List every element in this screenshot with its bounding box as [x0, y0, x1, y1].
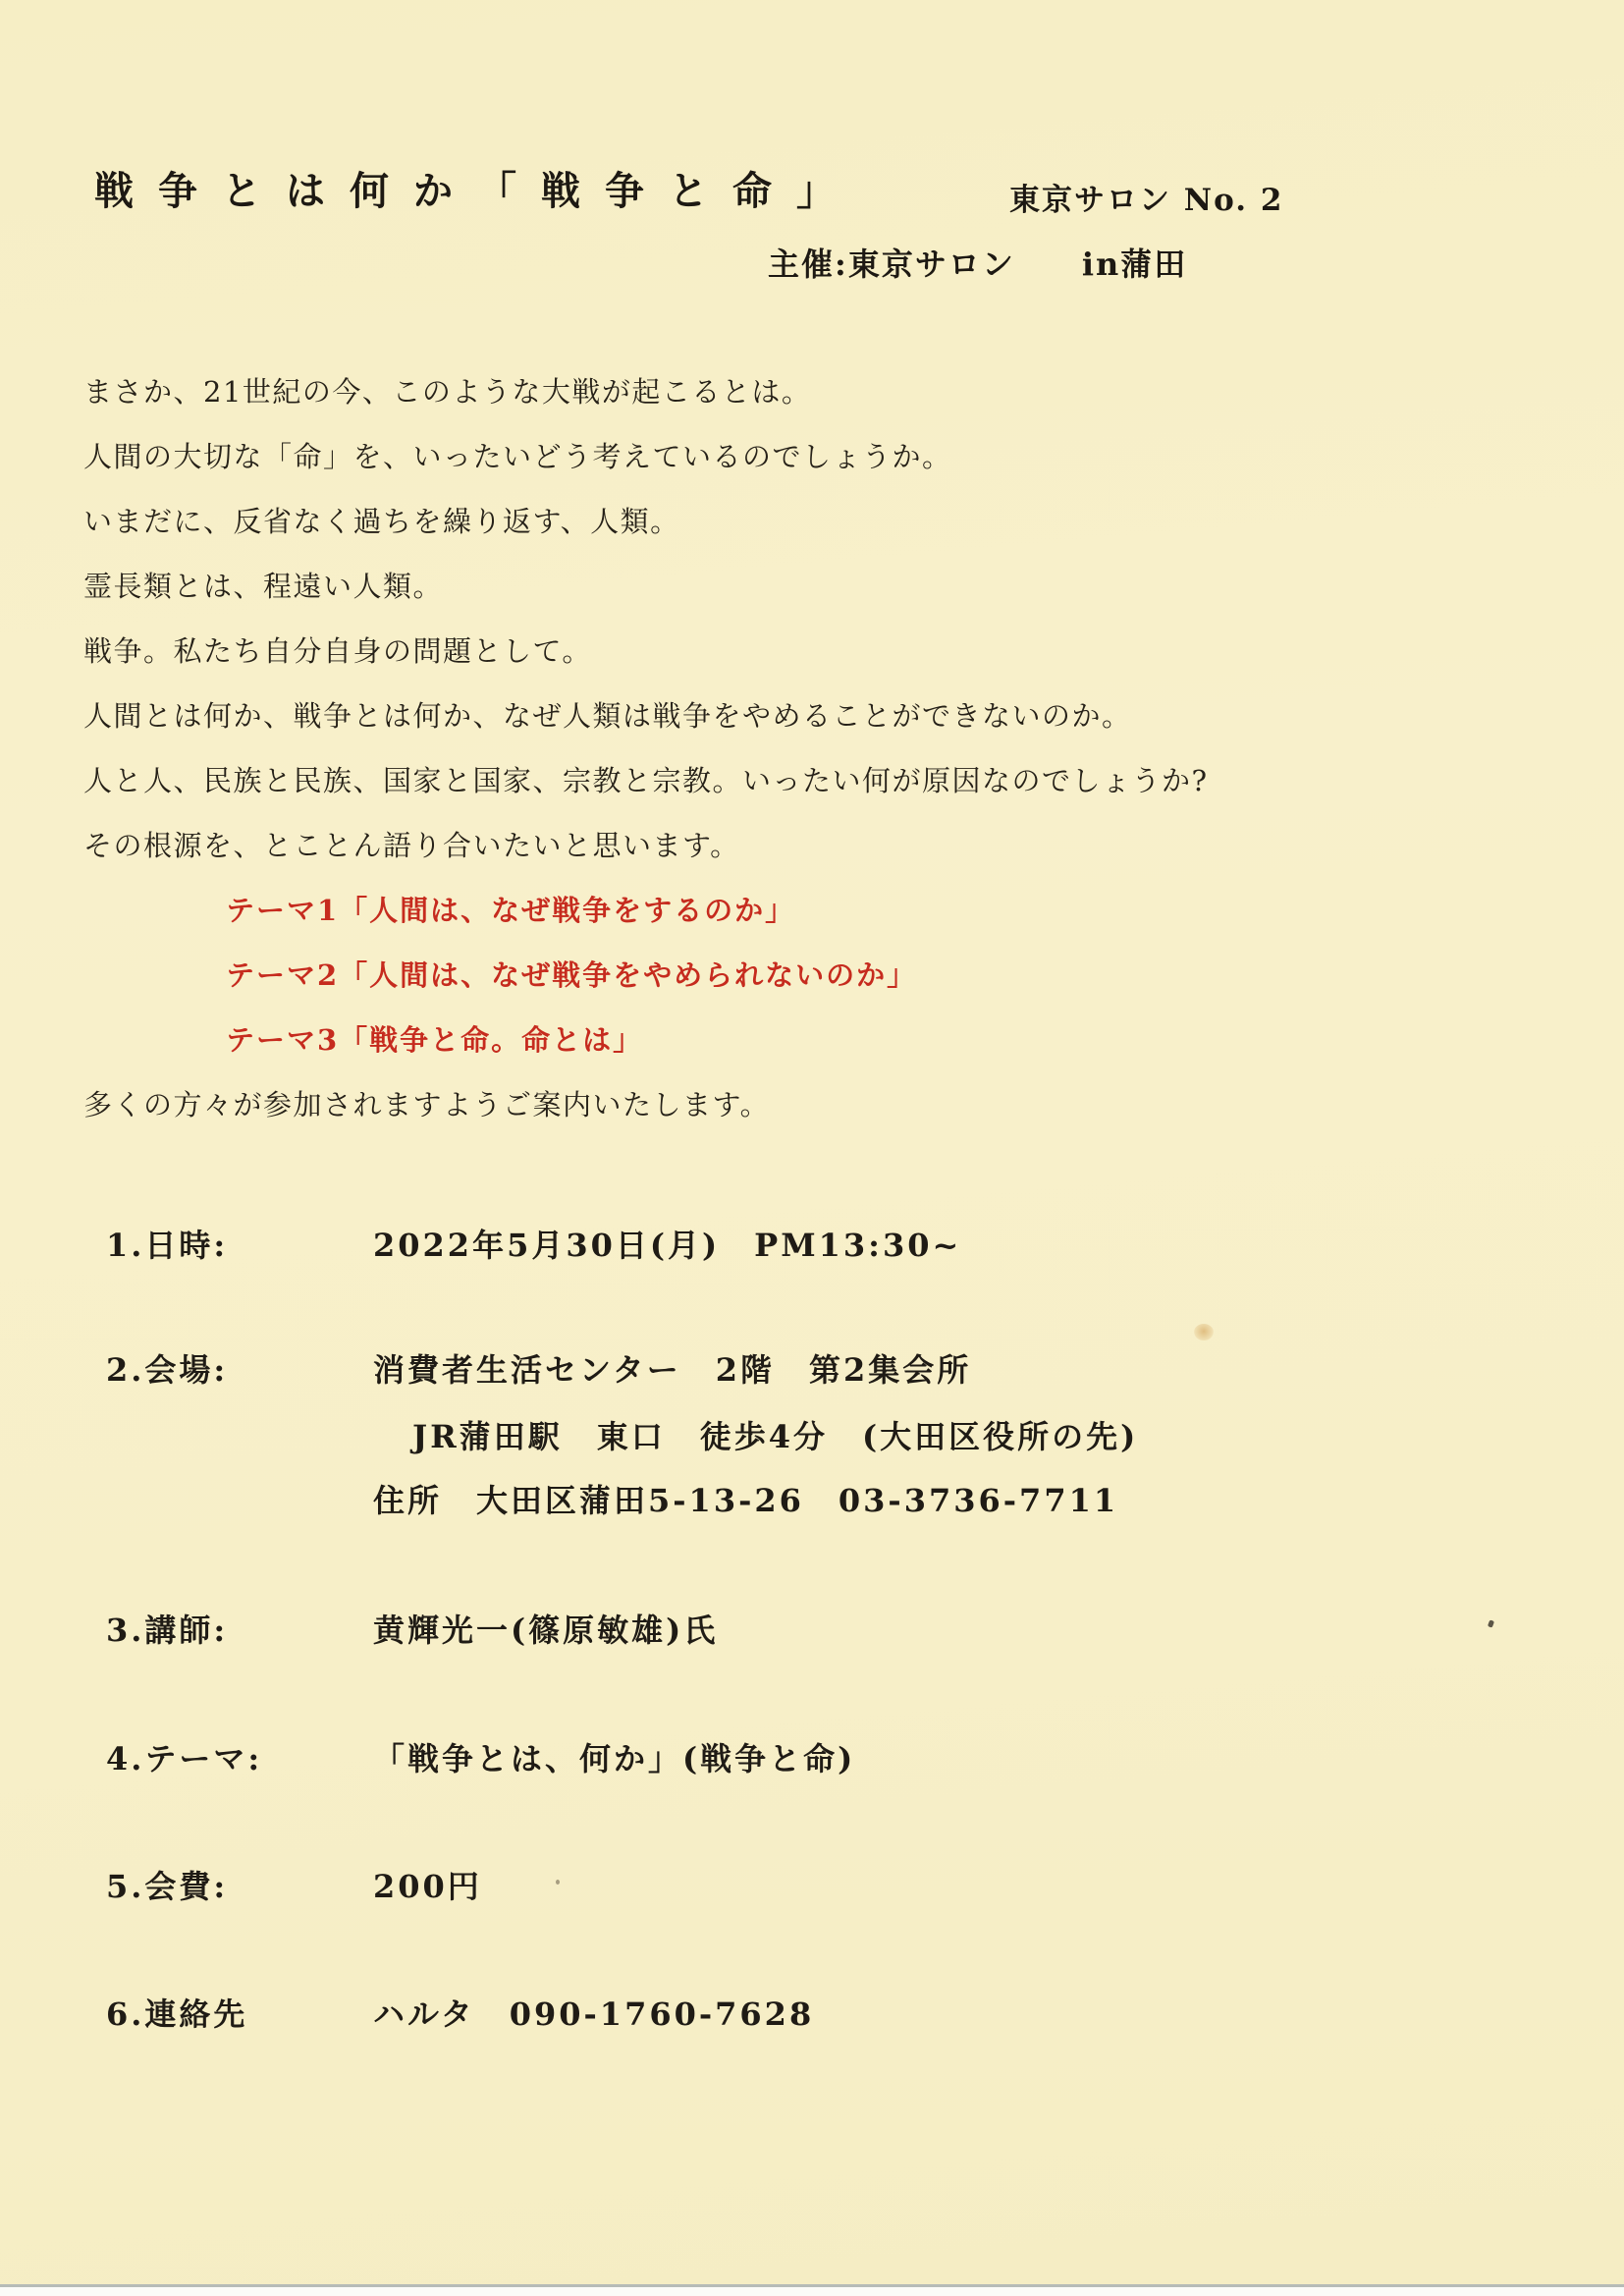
- paper-background: [0, 0, 1624, 2284]
- paper-bottom-edge: [0, 2284, 1624, 2287]
- venue-address-line: 住所 大田区蒲田5-13-26 03-3736-7711: [373, 1476, 1118, 1521]
- detail-value-theme: 「戦争とは、何か」(戦争と命): [373, 1734, 855, 1779]
- detail-row-venue: 2.会場: 消費者生活センター 2階 第2集会所: [106, 1345, 332, 1391]
- theme-line-2: テーマ2「人間は、なぜ戦争をやめられないのか」: [83, 943, 1537, 1008]
- paper-stain: [1194, 1324, 1214, 1340]
- detail-label-lecturer: 3.講師:: [106, 1606, 332, 1651]
- detail-value-lecturer: 黄輝光一(篠原敏雄)氏: [373, 1606, 718, 1651]
- organizer-line: 主催:東京サロン in蒲田: [768, 240, 1187, 285]
- detail-row-theme: 4.テーマ: 「戦争とは、何か」(戦争と命): [106, 1734, 332, 1779]
- intro-line: 人間とは何か、戦争とは何か、なぜ人類は戦争をやめることができないのか。: [83, 683, 1537, 748]
- intro-line: 人間の大切な「命」を、いったいどう考えているのでしょうか。: [83, 424, 1537, 489]
- intro-line: その根源を、とことん語り合いたいと思います。: [83, 813, 1537, 878]
- detail-value-venue: 消費者生活センター 2階 第2集会所: [373, 1345, 971, 1391]
- detail-value-datetime: 2022年5月30日(月) PM13:30~: [373, 1221, 961, 1266]
- edition-label: 東京サロン No. 2: [1009, 175, 1283, 219]
- paper-speck: [556, 1880, 560, 1885]
- detail-value-fee: 200円: [373, 1862, 482, 1907]
- page-title: 戦争とは何か「戦争と命」: [94, 160, 860, 216]
- theme-line-3: テーマ3「戦争と命。命とは」: [83, 1008, 1537, 1072]
- detail-row-fee: 5.会費: 200円: [106, 1862, 332, 1907]
- theme-line-1: テーマ1「人間は、なぜ戦争をするのか」: [83, 878, 1537, 943]
- detail-value-contact: ハルタ 090-1760-7628: [373, 1990, 814, 2035]
- intro-line: まさか、21世紀の今、このような大戦が起こるとは。: [83, 359, 1537, 424]
- detail-label-theme: 4.テーマ:: [106, 1734, 332, 1779]
- detail-row-contact: 6.連絡先 ハルタ 090-1760-7628: [106, 1990, 332, 2035]
- detail-label-venue: 2.会場:: [106, 1345, 332, 1391]
- detail-label-contact: 6.連絡先: [106, 1990, 332, 2035]
- closing-line: 多くの方々が参加されますようご案内いたします。: [83, 1072, 1537, 1137]
- detail-row-datetime: 1.日時: 2022年5月30日(月) PM13:30~: [106, 1221, 332, 1266]
- intro-line: 戦争。私たち自分自身の問題として。: [83, 619, 1537, 683]
- intro-line: 人と人、民族と民族、国家と国家、宗教と宗教。いったい何が原因なのでしょうか?: [83, 748, 1537, 813]
- venue-access-line: JR蒲田駅 東口 徒歩4分 (大田区役所の先): [412, 1412, 1138, 1457]
- intro-line: いまだに、反省なく過ちを繰り返す、人類。: [83, 489, 1537, 554]
- intro-line: 霊長類とは、程遠い人類。: [83, 554, 1537, 619]
- detail-row-lecturer: 3.講師: 黄輝光一(篠原敏雄)氏: [106, 1606, 332, 1651]
- detail-label-datetime: 1.日時:: [106, 1221, 332, 1266]
- detail-label-fee: 5.会費:: [106, 1862, 332, 1907]
- scanned-flyer-page: 戦争とは何か「戦争と命」 東京サロン No. 2 主催:東京サロン in蒲田 ま…: [0, 0, 1624, 2296]
- intro-section: まさか、21世紀の今、このような大戦が起こるとは。 人間の大切な「命」を、いった…: [83, 359, 1537, 1137]
